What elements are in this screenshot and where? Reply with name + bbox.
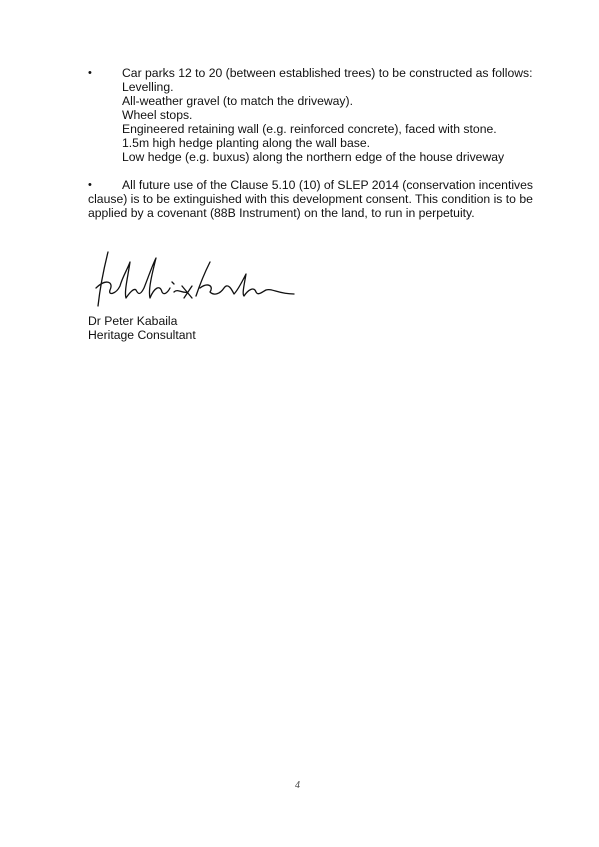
bullet-icon: •	[88, 66, 92, 80]
paragraph-line: clause) is to be extinguished with this …	[88, 192, 533, 206]
document-page: • Car parks 12 to 20 (between establishe…	[0, 0, 599, 847]
paragraph-line: applied by a covenant (88B Instrument) o…	[88, 206, 475, 220]
sub-line: Levelling.	[122, 80, 174, 94]
sub-line: Low hedge (e.g. buxus) along the norther…	[122, 150, 504, 164]
sub-line: All-weather gravel (to match the drivewa…	[122, 94, 353, 108]
signatory-name: Dr Peter Kabaila	[88, 314, 177, 328]
paragraph-line: All future use of the Clause 5.10 (10) o…	[122, 178, 533, 192]
page-number: 4	[295, 780, 300, 791]
sub-line: Engineered retaining wall (e.g. reinforc…	[122, 122, 497, 136]
bullet-item-lead: Car parks 12 to 20 (between established …	[122, 66, 533, 80]
signature-image	[88, 248, 298, 314]
signatory-title: Heritage Consultant	[88, 328, 196, 342]
sub-line: Wheel stops.	[122, 108, 192, 122]
bullet-icon: •	[88, 178, 92, 192]
sub-line: 1.5m high hedge planting along the wall …	[122, 136, 370, 150]
